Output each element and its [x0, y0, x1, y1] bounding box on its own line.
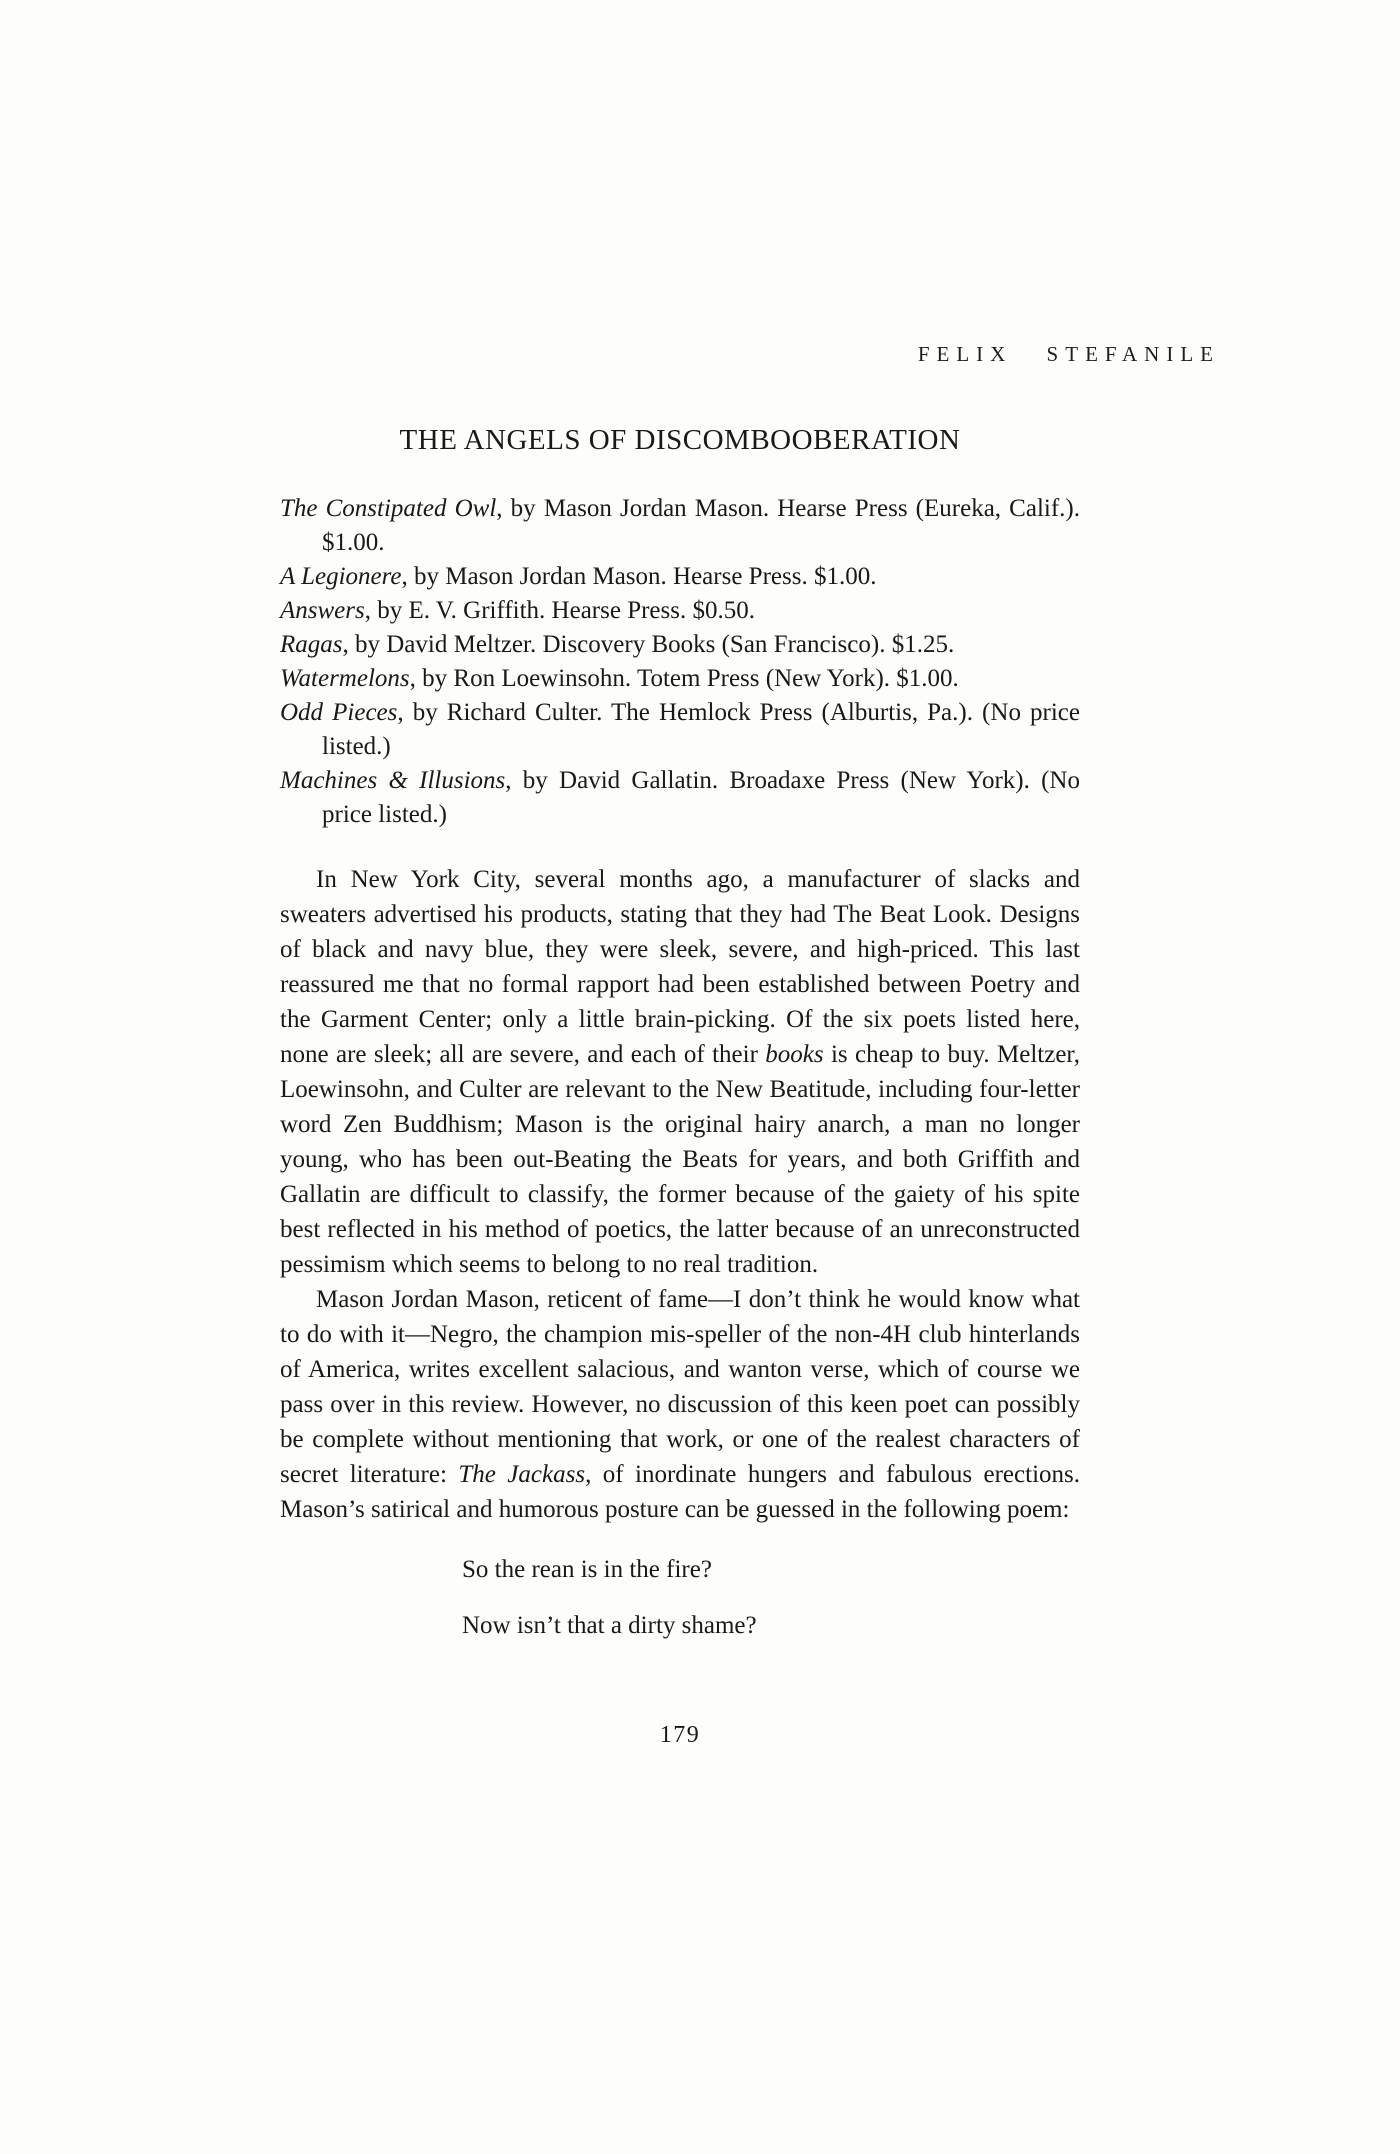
poem-line-2: Now isn’t that a dirty shame?: [280, 1609, 1080, 1643]
review-paragraph-1: In New York City, several months ago, a …: [280, 862, 1080, 1282]
quoted-poem: So the rean is in the fire? Now isn’t th…: [280, 1553, 1080, 1643]
paragraph-text: is cheap to buy. Meltzer, Loewinsohn, an…: [280, 1041, 1080, 1278]
book-list-item: Machines & Illusions, by David Gallatin.…: [280, 764, 1080, 832]
book-list-item: Answers, by E. V. Griffith. Hearse Press…: [280, 594, 1080, 628]
book-title: Odd Pieces: [280, 699, 397, 726]
book-list-item: Odd Pieces, by Richard Culter. The Hemlo…: [280, 696, 1080, 764]
book-list-item: A Legionere, by Mason Jordan Mason. Hear…: [280, 560, 1080, 594]
italic-word: books: [765, 1041, 823, 1068]
review-paragraph-2: Mason Jordan Mason, reticent of fame—I d…: [280, 1282, 1080, 1527]
paragraph-text: Mason Jordan Mason, reticent of fame—I d…: [280, 1286, 1080, 1488]
book-title: A Legionere: [280, 563, 402, 590]
poem-line-1: So the rean is in the fire?: [280, 1553, 1080, 1587]
book-title: The Constipated Owl: [280, 495, 496, 522]
page-number: 179: [280, 1722, 1080, 1749]
scanned-magazine-page: FELIX STEFANILE THE ANGELS OF DISCOMBOOB…: [0, 0, 1400, 2154]
book-list-item: Watermelons, by Ron Loewinsohn. Totem Pr…: [280, 662, 1080, 696]
book-title: Answers: [280, 597, 365, 624]
article-title: THE ANGELS OF DISCOMBOOBERATION: [280, 424, 1080, 457]
book-title: Ragas: [280, 631, 343, 658]
book-list-item: The Constipated Owl, by Mason Jordan Mas…: [280, 492, 1080, 560]
book-title: Machines & Illusions: [280, 767, 505, 794]
book-details: , by Mason Jordan Mason. Hearse Press. $…: [402, 563, 877, 590]
book-title: Watermelons: [280, 665, 410, 692]
reviewed-books-list: The Constipated Owl, by Mason Jordan Mas…: [280, 492, 1080, 832]
book-details: , by David Meltzer. Discovery Books (San…: [343, 631, 955, 658]
italic-work-title: The Jackass: [458, 1461, 585, 1488]
book-details: , by E. V. Griffith. Hearse Press. $0.50…: [365, 597, 755, 624]
paragraph-text: In New York City, several months ago, a …: [280, 866, 1080, 1068]
book-list-item: Ragas, by David Meltzer. Discovery Books…: [280, 628, 1080, 662]
book-details: , by Richard Culter. The Hemlock Press (…: [322, 699, 1080, 760]
running-header-author: FELIX STEFANILE: [918, 342, 1220, 367]
article-body: The Constipated Owl, by Mason Jordan Mas…: [280, 492, 1080, 1643]
book-details: , by Ron Loewinsohn. Totem Press (New Yo…: [410, 665, 959, 692]
